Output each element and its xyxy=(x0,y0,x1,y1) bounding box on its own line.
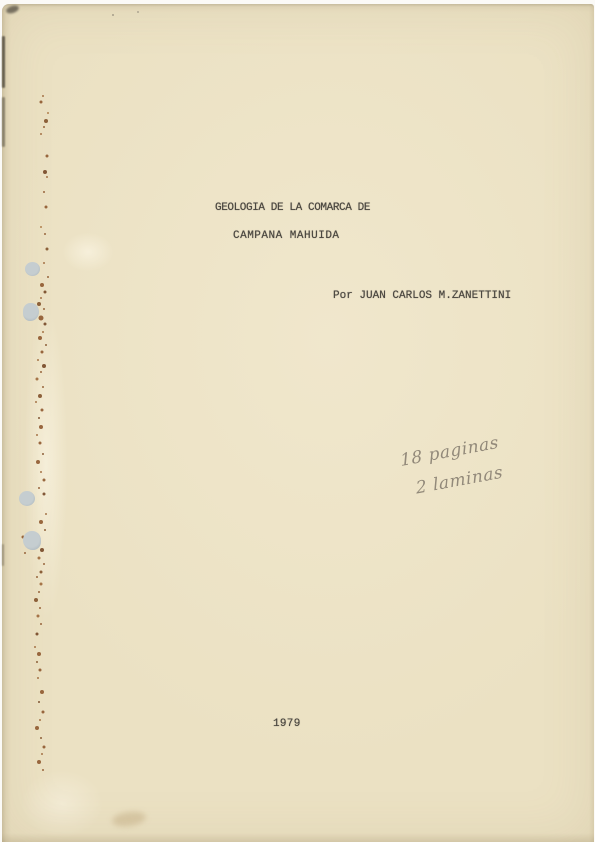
punch-hole xyxy=(23,531,41,550)
paper-sheet xyxy=(2,4,594,842)
binding-edge-mark xyxy=(2,544,4,566)
punch-hole xyxy=(19,491,35,506)
scanned-page: GEOLOGIA DE LA COMARCA DE CAMPANA MAHUID… xyxy=(0,0,595,842)
document-title-line1: GEOLOGIA DE LA COMARCA DE xyxy=(215,202,370,214)
binding-edge-mark xyxy=(2,36,5,88)
rust-stains xyxy=(0,0,2,2)
document-title-line2: CAMPANA MAHUIDA xyxy=(233,230,340,242)
author-byline: Por JUAN CARLOS M.ZANETTINI xyxy=(333,290,511,302)
publication-year: 1979 xyxy=(273,718,301,730)
punch-hole xyxy=(25,262,40,276)
binding-edge-mark xyxy=(2,97,5,147)
